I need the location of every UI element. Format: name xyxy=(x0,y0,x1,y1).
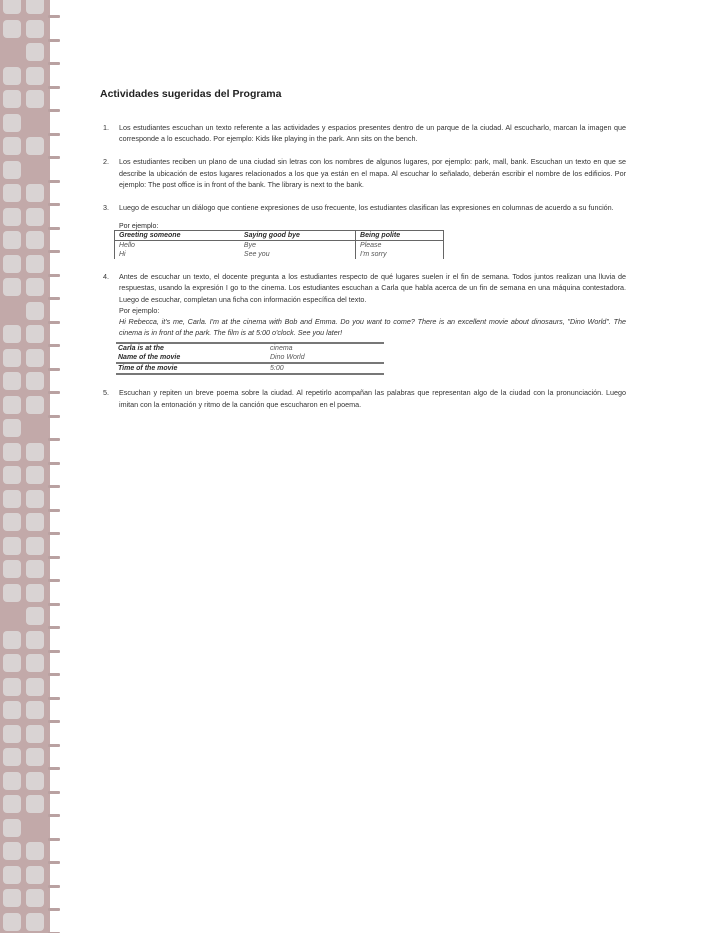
binder-cell xyxy=(3,443,21,461)
binder-tick xyxy=(48,720,60,723)
info-table: Carla is at the cinema Name of the movie… xyxy=(116,342,384,375)
binder-cell xyxy=(26,678,44,696)
binder-cell xyxy=(26,67,44,85)
binder-cell xyxy=(3,255,21,273)
binder-cell xyxy=(26,748,44,766)
activity-item-3: 3. Luego de escuchar un diálogo que cont… xyxy=(100,202,626,213)
binder-cell xyxy=(3,513,21,531)
binder-cell xyxy=(26,913,44,931)
item-text: Los estudiantes reciben un plano de una … xyxy=(119,157,626,188)
binder-tick xyxy=(48,697,60,700)
item-text: Luego de escuchar un diálogo que contien… xyxy=(119,203,614,212)
table-row: Carla is at the cinema xyxy=(116,343,384,353)
table-header: Being polite xyxy=(356,231,444,241)
binder-tick xyxy=(48,885,60,888)
binder-cell xyxy=(26,772,44,790)
table-row: Hi See you I'm sorry xyxy=(115,250,444,259)
binder-cell xyxy=(26,43,44,61)
item-number: 2. xyxy=(103,156,109,167)
binder-cell xyxy=(26,466,44,484)
binder-tick xyxy=(48,321,60,324)
binder-tick xyxy=(48,227,60,230)
binder-cell xyxy=(26,490,44,508)
binder-tick xyxy=(48,39,60,42)
binder-tick xyxy=(48,861,60,864)
binder-cell xyxy=(3,0,21,14)
binder-tick xyxy=(48,767,60,770)
binder-tick xyxy=(48,556,60,559)
binder-cell xyxy=(3,701,21,719)
table-cell: Please xyxy=(356,241,444,251)
binder-cell xyxy=(26,0,44,14)
binder-cell xyxy=(26,537,44,555)
binder-tick xyxy=(48,744,60,747)
page-title: Actividades sugeridas del Programa xyxy=(100,88,626,100)
binder-cell xyxy=(3,67,21,85)
expressions-table: Greeting someone Saying good bye Being p… xyxy=(114,230,444,259)
item-text: Los estudiantes escuchan un texto refere… xyxy=(119,123,626,143)
document-page: Actividades sugeridas del Programa 1. Lo… xyxy=(100,88,626,422)
item-number: 5. xyxy=(103,387,109,398)
binder-cell xyxy=(3,913,21,931)
binder-cell xyxy=(26,866,44,884)
binder-cell xyxy=(26,443,44,461)
binder-cell xyxy=(26,278,44,296)
binder-cell xyxy=(26,184,44,202)
binder-cell xyxy=(3,137,21,155)
binder-tick xyxy=(48,180,60,183)
binder-cell xyxy=(26,396,44,414)
binder-tick xyxy=(48,462,60,465)
binder-tick xyxy=(48,86,60,89)
binder-cell xyxy=(26,372,44,390)
binder-cell xyxy=(3,419,21,437)
binder-tick xyxy=(48,297,60,300)
table-row: Hello Bye Please xyxy=(115,241,444,251)
binder-strip xyxy=(0,0,50,933)
binder-tick xyxy=(48,203,60,206)
binder-cell xyxy=(26,208,44,226)
binder-cell xyxy=(26,325,44,343)
binder-cell xyxy=(3,114,21,132)
binder-cell xyxy=(3,560,21,578)
table-cell: I'm sorry xyxy=(356,250,444,259)
binder-cell xyxy=(3,231,21,249)
binder-tick xyxy=(48,650,60,653)
binder-cell xyxy=(26,137,44,155)
item-number: 4. xyxy=(103,271,109,282)
binder-cell xyxy=(26,349,44,367)
table-row: Time of the movie 5:00 xyxy=(116,363,384,374)
binder-cell xyxy=(3,654,21,672)
binder-tick xyxy=(48,673,60,676)
table-cell: 5:00 xyxy=(268,363,384,374)
example-text: Hi Rebecca, it's me, Carla. I'm at the c… xyxy=(119,317,626,337)
table-cell: Name of the movie xyxy=(116,353,268,363)
binder-tick xyxy=(48,368,60,371)
binder-cell xyxy=(26,889,44,907)
binder-tick xyxy=(48,344,60,347)
binder-cell xyxy=(26,90,44,108)
table-cell: Time of the movie xyxy=(116,363,268,374)
binder-tick xyxy=(48,274,60,277)
binder-tick xyxy=(48,603,60,606)
table-cell: Hello xyxy=(115,241,240,251)
binder-cell xyxy=(3,584,21,602)
binder-cell xyxy=(3,490,21,508)
binder-tick xyxy=(48,133,60,136)
binder-tick xyxy=(48,438,60,441)
item-number: 3. xyxy=(103,202,109,213)
binder-tick xyxy=(48,15,60,18)
binder-cell xyxy=(26,255,44,273)
example-label: Por ejemplo: xyxy=(119,306,159,315)
table-cell: See you xyxy=(240,250,356,259)
binder-cell xyxy=(3,396,21,414)
binder-tick xyxy=(48,838,60,841)
table-header: Saying good bye xyxy=(240,231,356,241)
binder-cell xyxy=(26,513,44,531)
table-cell: Bye xyxy=(240,241,356,251)
binder-cell xyxy=(3,889,21,907)
binder-tick xyxy=(48,62,60,65)
binder-cell xyxy=(26,842,44,860)
binder-cell xyxy=(26,725,44,743)
activity-item-4: 4. Antes de escuchar un texto, el docent… xyxy=(100,271,626,338)
binder-tick xyxy=(48,509,60,512)
binder-cell xyxy=(3,20,21,38)
binder-cell xyxy=(3,161,21,179)
binder-cell xyxy=(3,678,21,696)
binder-tick xyxy=(48,626,60,629)
binder-cell xyxy=(26,584,44,602)
binder-cell xyxy=(26,560,44,578)
table-cell: Hi xyxy=(115,250,240,259)
binder-cell xyxy=(26,795,44,813)
binder-cell xyxy=(26,20,44,38)
binder-cell xyxy=(3,208,21,226)
binder-cell xyxy=(3,278,21,296)
binder-tick xyxy=(48,814,60,817)
binder-cell xyxy=(3,537,21,555)
binder-cell xyxy=(3,748,21,766)
binder-tick xyxy=(48,532,60,535)
table-cell: Carla is at the xyxy=(116,343,268,353)
binder-tick xyxy=(48,415,60,418)
binder-cell xyxy=(3,866,21,884)
binder-cell xyxy=(26,654,44,672)
binder-cell xyxy=(26,631,44,649)
table-row: Name of the movie Dino World xyxy=(116,353,384,363)
table-cell: Dino World xyxy=(268,353,384,363)
binder-cell xyxy=(3,795,21,813)
binder-tick xyxy=(48,391,60,394)
item-number: 1. xyxy=(103,122,109,133)
binder-cell xyxy=(3,819,21,837)
item-text: Escuchan y repiten un breve poema sobre … xyxy=(119,388,626,408)
activity-item-2: 2. Los estudiantes reciben un plano de u… xyxy=(100,156,626,190)
binder-cell xyxy=(26,231,44,249)
binder-cell xyxy=(26,302,44,320)
binder-cell xyxy=(3,631,21,649)
binder-cell xyxy=(3,772,21,790)
binder-tick xyxy=(48,156,60,159)
binder-cell xyxy=(3,184,21,202)
binder-cell xyxy=(26,701,44,719)
binder-cell xyxy=(26,607,44,625)
binder-tick xyxy=(48,791,60,794)
binder-cell xyxy=(3,349,21,367)
binder-cell xyxy=(3,90,21,108)
table-cell: cinema xyxy=(268,343,384,353)
activity-item-5: 5. Escuchan y repiten un breve poema sob… xyxy=(100,387,626,409)
activity-item-1: 1. Los estudiantes escuchan un texto ref… xyxy=(100,122,626,144)
binder-tick xyxy=(48,250,60,253)
binder-cell xyxy=(3,372,21,390)
binder-tick xyxy=(48,908,60,911)
binder-cell xyxy=(3,725,21,743)
binder-cell xyxy=(3,842,21,860)
item-text: Antes de escuchar un texto, el docente p… xyxy=(119,272,626,303)
example-label: Por ejemplo: xyxy=(119,223,626,230)
binder-cell xyxy=(3,325,21,343)
table-header: Greeting someone xyxy=(115,231,240,241)
binder-cell xyxy=(3,466,21,484)
binder-tick xyxy=(48,109,60,112)
binder-tick xyxy=(48,485,60,488)
binder-tick xyxy=(48,579,60,582)
